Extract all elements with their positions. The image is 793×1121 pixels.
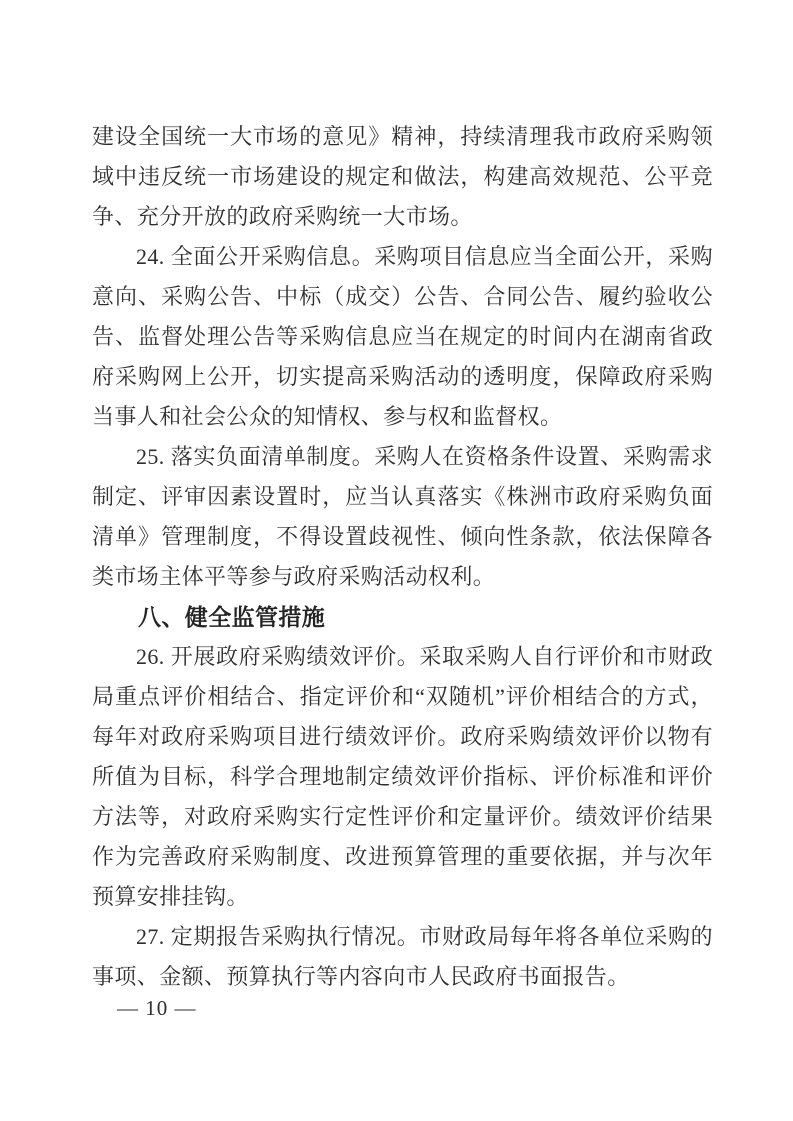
page-number: — 10 — — [117, 992, 197, 1024]
paragraph-continuation: 建设全国统一大市场的意见》精神，持续清理我市政府采购领域中违反统一市场建设的规定… — [92, 117, 713, 237]
paragraph-item-26: 26. 开展政府采购绩效评价。采取采购人自行评价和市财政局重点评价相结合、指定评… — [92, 637, 713, 917]
document-body: 建设全国统一大市场的意见》精神，持续清理我市政府采购领域中违反统一市场建设的规定… — [92, 117, 713, 997]
section-heading-8: 八、健全监管措施 — [92, 597, 713, 637]
paragraph-item-25: 25. 落实负面清单制度。采购人在资格条件设置、采购需求制定、评审因素设置时，应… — [92, 437, 713, 597]
paragraph-item-27: 27. 定期报告采购执行情况。市财政局每年将各单位采购的事项、金额、预算执行等内… — [92, 917, 713, 997]
document-page: 建设全国统一大市场的意见》精神，持续清理我市政府采购领域中违反统一市场建设的规定… — [0, 0, 793, 1121]
paragraph-item-24: 24. 全面公开采购信息。采购项目信息应当全面公开，采购意向、采购公告、中标（成… — [92, 237, 713, 437]
